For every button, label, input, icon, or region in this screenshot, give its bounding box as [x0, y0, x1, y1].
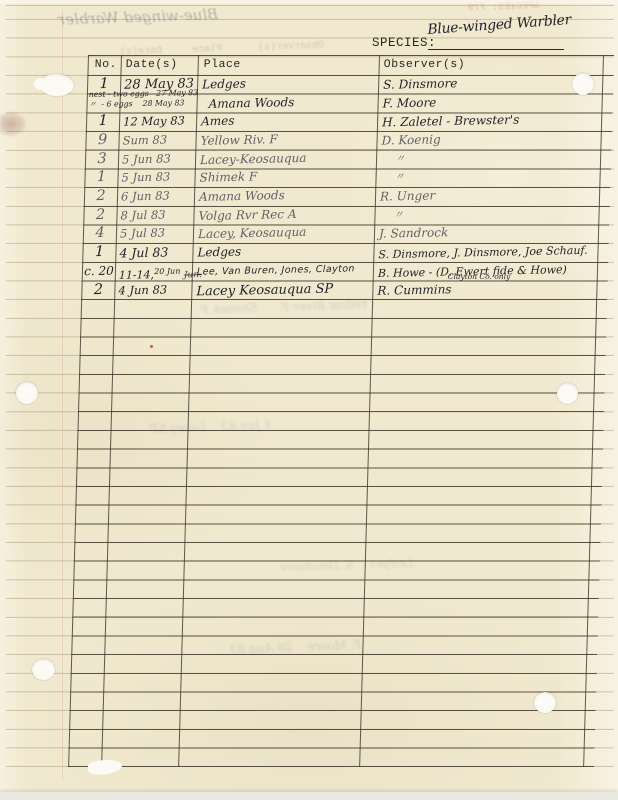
- cell-date: 4 Jun 83: [118, 280, 167, 300]
- header-no: No.: [95, 58, 118, 71]
- table-row: c. 20 11-14,20 Jun Jun. Lee, Van Buren, …: [82, 262, 609, 281]
- header-dates: Date(s): [126, 58, 178, 71]
- cell-number: 9: [88, 131, 118, 151]
- cell-observer: D. Koenig: [382, 130, 441, 150]
- punch-hole-right-middle: [557, 383, 578, 404]
- cell-number: 2: [85, 206, 115, 226]
- cell-date: 5 Jun 83: [122, 149, 171, 169]
- cell-number: 3: [87, 150, 117, 170]
- red-stamp-smudge: [0, 112, 26, 136]
- cell-observer-ditto: 〃: [381, 168, 405, 187]
- cell-place: Lacey Keosauqua SP: [196, 280, 333, 302]
- cell-place: Ledges: [197, 243, 241, 263]
- red-speck: [150, 345, 153, 348]
- cell-number: 2: [83, 281, 113, 301]
- cell-place: Ames: [201, 112, 234, 132]
- cell-date: 5 Jul 83: [120, 224, 165, 244]
- punch-hole-left-top: [40, 74, 74, 96]
- cell-place: Shimek F: [200, 167, 258, 187]
- cell-number: 1: [84, 243, 114, 263]
- date-added-above: 20 Jun: [154, 267, 180, 277]
- cell-place: Ledges: [202, 75, 246, 95]
- cell-number: 2: [86, 187, 116, 207]
- margin-line: [62, 10, 63, 780]
- table-row: 2 6 Jun 83 Amana Woods R. Unger: [84, 187, 611, 206]
- punch-hole-right-bottom: [534, 692, 556, 713]
- table-row: 9 Sum 83 Yellow Riv. F D. Koenig: [85, 131, 612, 150]
- cell-place: Yellow Riv. F: [201, 130, 278, 151]
- table-row: 2 8 Jul 83 Volga Rvr Rec A 〃: [83, 206, 610, 225]
- table-row: nest - two eggs 27 May 83 〃 - 6 eggs 28 …: [86, 94, 613, 113]
- cell-observer: R. Cummins: [377, 280, 451, 301]
- cell-place: Lacey, Keosauqua: [198, 223, 307, 244]
- date-main: 11-14,: [119, 268, 154, 282]
- cell-observer: J. Sandrock: [379, 223, 448, 243]
- punch-hole-left-middle: [16, 382, 38, 404]
- table-top-border: [88, 55, 614, 56]
- cell-observer: S. Dinsmore: [383, 74, 457, 95]
- cell-place: Amana Woods: [209, 93, 295, 114]
- page-top-edge: [0, 0, 618, 4]
- cell-number: 4: [85, 224, 115, 244]
- cell-number: c. 20: [84, 262, 114, 282]
- cell-date: 4 Jul 83: [119, 242, 168, 262]
- bleedthrough-text: Blue-winged Warbler: [58, 5, 219, 29]
- cell-date: 6 Jun 83: [121, 186, 170, 206]
- cell-date: 12 May 83: [123, 111, 185, 131]
- species-value-handwritten: Blue-winged Warbler: [427, 12, 572, 38]
- cell-observer: F. Moore: [383, 93, 437, 113]
- table-row: 1 12 May 83 Ames H. Zaletel - Brewster's: [86, 112, 613, 131]
- sightings-table: No. Date(s) Place Observer(s) 1 28 May 8…: [68, 55, 614, 767]
- cell-observer: R. Unger: [380, 186, 435, 206]
- punch-hole-right-top: [572, 73, 594, 95]
- cell-observer-ditto: 〃: [381, 150, 405, 169]
- cell-number: 1: [87, 168, 117, 188]
- header-place: Place: [204, 58, 241, 71]
- scanned-field-report-page: Blue-winged Warbler SPECIES: 779 Observe…: [0, 0, 618, 800]
- cell-place: Amana Woods: [199, 186, 285, 207]
- page-bottom-edge: [0, 792, 618, 800]
- cell-number: 1: [88, 112, 118, 132]
- species-label: SPECIES:: [372, 36, 436, 50]
- cell-place: Lee, Van Buren, Jones, Clayton: [197, 259, 355, 281]
- cell-observer: H. Zaletel - Brewster's: [382, 111, 519, 133]
- nest-note: nest - two eggs 27 May 83 〃 - 6 eggs 28 …: [89, 88, 198, 110]
- punch-hole-left-bottom: [32, 659, 55, 680]
- cell-date: Sum 83: [123, 131, 168, 151]
- species-underline: [428, 49, 564, 50]
- table-row: 2 4 Jun 83 Lacey Keosauqua SP R. Cummins: [81, 281, 608, 300]
- cell-date: 8 Jul 83: [120, 206, 165, 226]
- cell-observer-ditto: 〃: [379, 206, 403, 225]
- header-observers: Observer(s): [384, 58, 466, 71]
- table-row: 3 5 Jun 83 Lacey-Keosauqua 〃: [85, 150, 612, 169]
- table-row: 4 5 Jul 83 Lacey, Keosauqua J. Sandrock: [83, 224, 610, 243]
- paper-tear: [87, 758, 122, 775]
- cell-date: 5 Jun 83: [122, 167, 171, 187]
- table-row: 1 5 Jun 83 Shimek F 〃: [84, 168, 611, 187]
- observer-note: Clayton Co. only: [448, 272, 511, 281]
